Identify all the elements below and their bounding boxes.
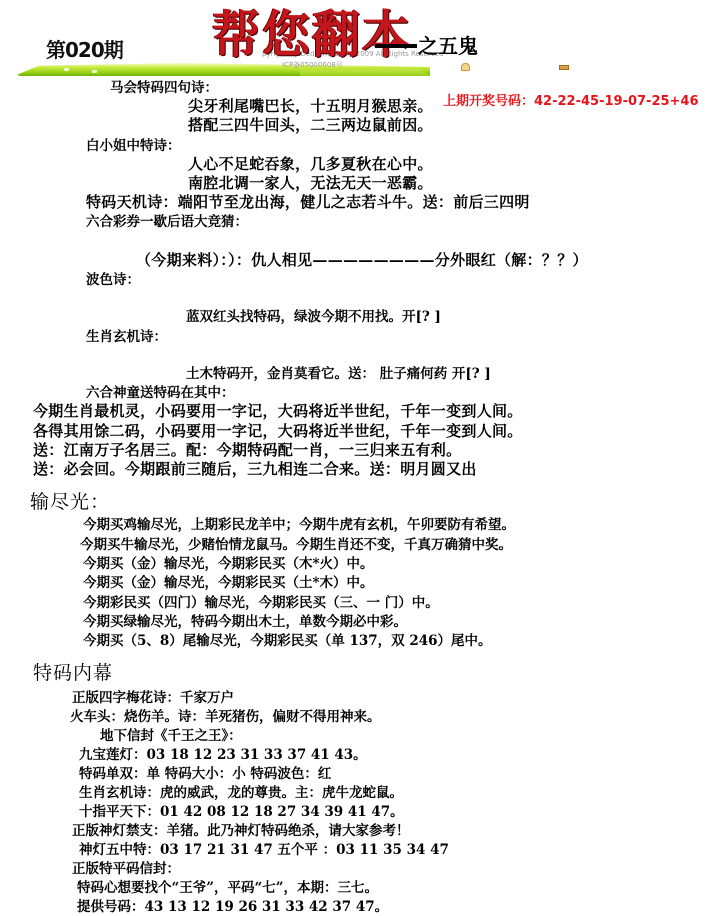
- shentong-line: 今期生肖最机灵，小码要用一字记，大码将近半世纪，千年一变到人间。: [33, 403, 523, 420]
- lose-all-line: 今期彩民买（四门）输尽光，今期彩民买（三、一 门）中。: [83, 595, 439, 612]
- banner-highlight-dot: [92, 70, 97, 73]
- title-dash: [375, 44, 417, 48]
- lose-all-line: 今期买（5、8）尾输尽光，今期彩民买（单 137，双 246）尾中。: [83, 633, 492, 650]
- inside-line: 正版四字梅花诗：千家万户: [72, 690, 234, 707]
- shentong-title: 六合神童送特码在其中：: [86, 385, 235, 402]
- inside-line: 特码心想要找个“王爷”，平码“七”，本期：三七。: [77, 880, 378, 897]
- bai-poem-title: 白小姐中特诗：: [86, 138, 181, 155]
- page-header: 第020期 pyright By Dedecms 2004-2009 All R…: [0, 0, 720, 76]
- inside-line: 生肖玄机诗：虎的威武，龙的尊贵。主：虎牛龙蛇鼠。: [79, 785, 403, 802]
- bose-poem-title: 波色诗：: [86, 272, 140, 289]
- banner-highlight-dot: [64, 68, 69, 71]
- inside-line: 火车头：烧伤羊。诗：羊死猪伤，偏财不得用神来。: [70, 709, 381, 726]
- bai-poem-line: 人心不足蛇吞象，几多夏秋在心中。: [188, 156, 433, 173]
- mahui-poem-title: 马会特码四句诗：: [110, 80, 218, 97]
- inside-line: 地下信封《千王之王》：: [100, 728, 242, 745]
- shentong-line: 各得其用馀二码，小码要用一字记，大码将近半世纪，千年一变到人间。: [33, 423, 523, 440]
- inside-line: 十指平天下：01 42 08 12 18 27 34 39 41 47。: [79, 804, 404, 821]
- shengxiao-poem-title: 生肖玄机诗：: [86, 329, 167, 346]
- inside-line: 特码单双：单 特码大小：小 特码波色：红: [79, 766, 331, 783]
- lose-all-line: 今期买（金）输尽光，今期彩民买（木*火）中。: [83, 556, 374, 573]
- mahui-poem-line: 尖牙利尾嘴巴长，十五明月猴思亲。: [188, 98, 433, 115]
- shentong-line: 送：江南万子名居三。配：今期特码配一肖，一三归来五有利。: [33, 442, 461, 459]
- shengxiao-poem-line: 土木特码开，金肖莫看它。送： 肚子痛何药 开[? ]: [186, 366, 491, 383]
- inside-line: 提供号码：43 13 12 19 26 31 33 42 37 47。: [77, 899, 388, 916]
- bai-poem-line: 南腔北调一家人，无法无天一恶霸。: [188, 175, 433, 192]
- section-title-inside: 特码内幕: [33, 658, 113, 685]
- mahui-poem-line: 搭配三四牛回头，二三两边鼠前因。: [188, 117, 433, 134]
- banner-ornament-icon: [559, 65, 569, 70]
- section-title-lose-all: 输尽光：: [30, 487, 110, 514]
- liuhe-riddle-line: （今期来料）：）：仇人相见————————分外眼红（解：？？）: [136, 252, 588, 269]
- lose-all-line: 今期买牛输尽光，少赌怡情龙鼠马。今期生肖还不变，千真万确猜中奖。: [80, 537, 512, 554]
- banner-ornament-icon: [461, 63, 470, 71]
- last-draw-results: 上期开奖号码：42-22-45-19-07-25+46: [443, 93, 699, 110]
- lose-all-line: 今期买（金）输尽光，今期彩民买（土*木）中。: [83, 575, 374, 592]
- bose-poem-line: 蓝双红头找特码，绿波今期不用找。开[? ]: [186, 309, 441, 326]
- lose-all-line: 今期买绿输尽光，特码今期出木土，单数今期必中彩。: [83, 614, 407, 631]
- last-draw-numbers: 42-22-45-19-07-25+46: [534, 94, 699, 109]
- shentong-line: 送：必会回。今期跟前三随后，三九相连二合来。送：明月圆又出: [33, 461, 477, 478]
- lose-all-line: 今期买鸡输尽光，上期彩民龙羊中；今期牛虎有玄机，午卯要防有希望。: [83, 517, 515, 534]
- last-draw-label: 上期开奖号码：: [443, 94, 534, 109]
- inside-line: 正版神灯禁支：羊猪。此乃神灯特码绝杀，请大家参考！: [72, 823, 410, 840]
- inside-line: 神灯五中特：03 17 21 31 47 五个平 ：03 11 35 34 47: [79, 842, 449, 859]
- liuhe-riddle-title: 六合彩券一歇后语大竞猜：: [86, 214, 248, 231]
- tianji-poem: 特码天机诗：端阳节至龙出海，健儿之志若斗牛。送：前后三四明: [86, 194, 530, 211]
- inside-line: 正版特平码信封：: [72, 861, 180, 878]
- issue-number: 第020期: [46, 34, 123, 63]
- page-title: 帮您翻本: [212, 0, 412, 67]
- inside-line: 九宝莲灯：03 18 12 23 31 33 37 41 43。: [79, 747, 367, 764]
- page-subtitle: 之五鬼: [418, 30, 478, 59]
